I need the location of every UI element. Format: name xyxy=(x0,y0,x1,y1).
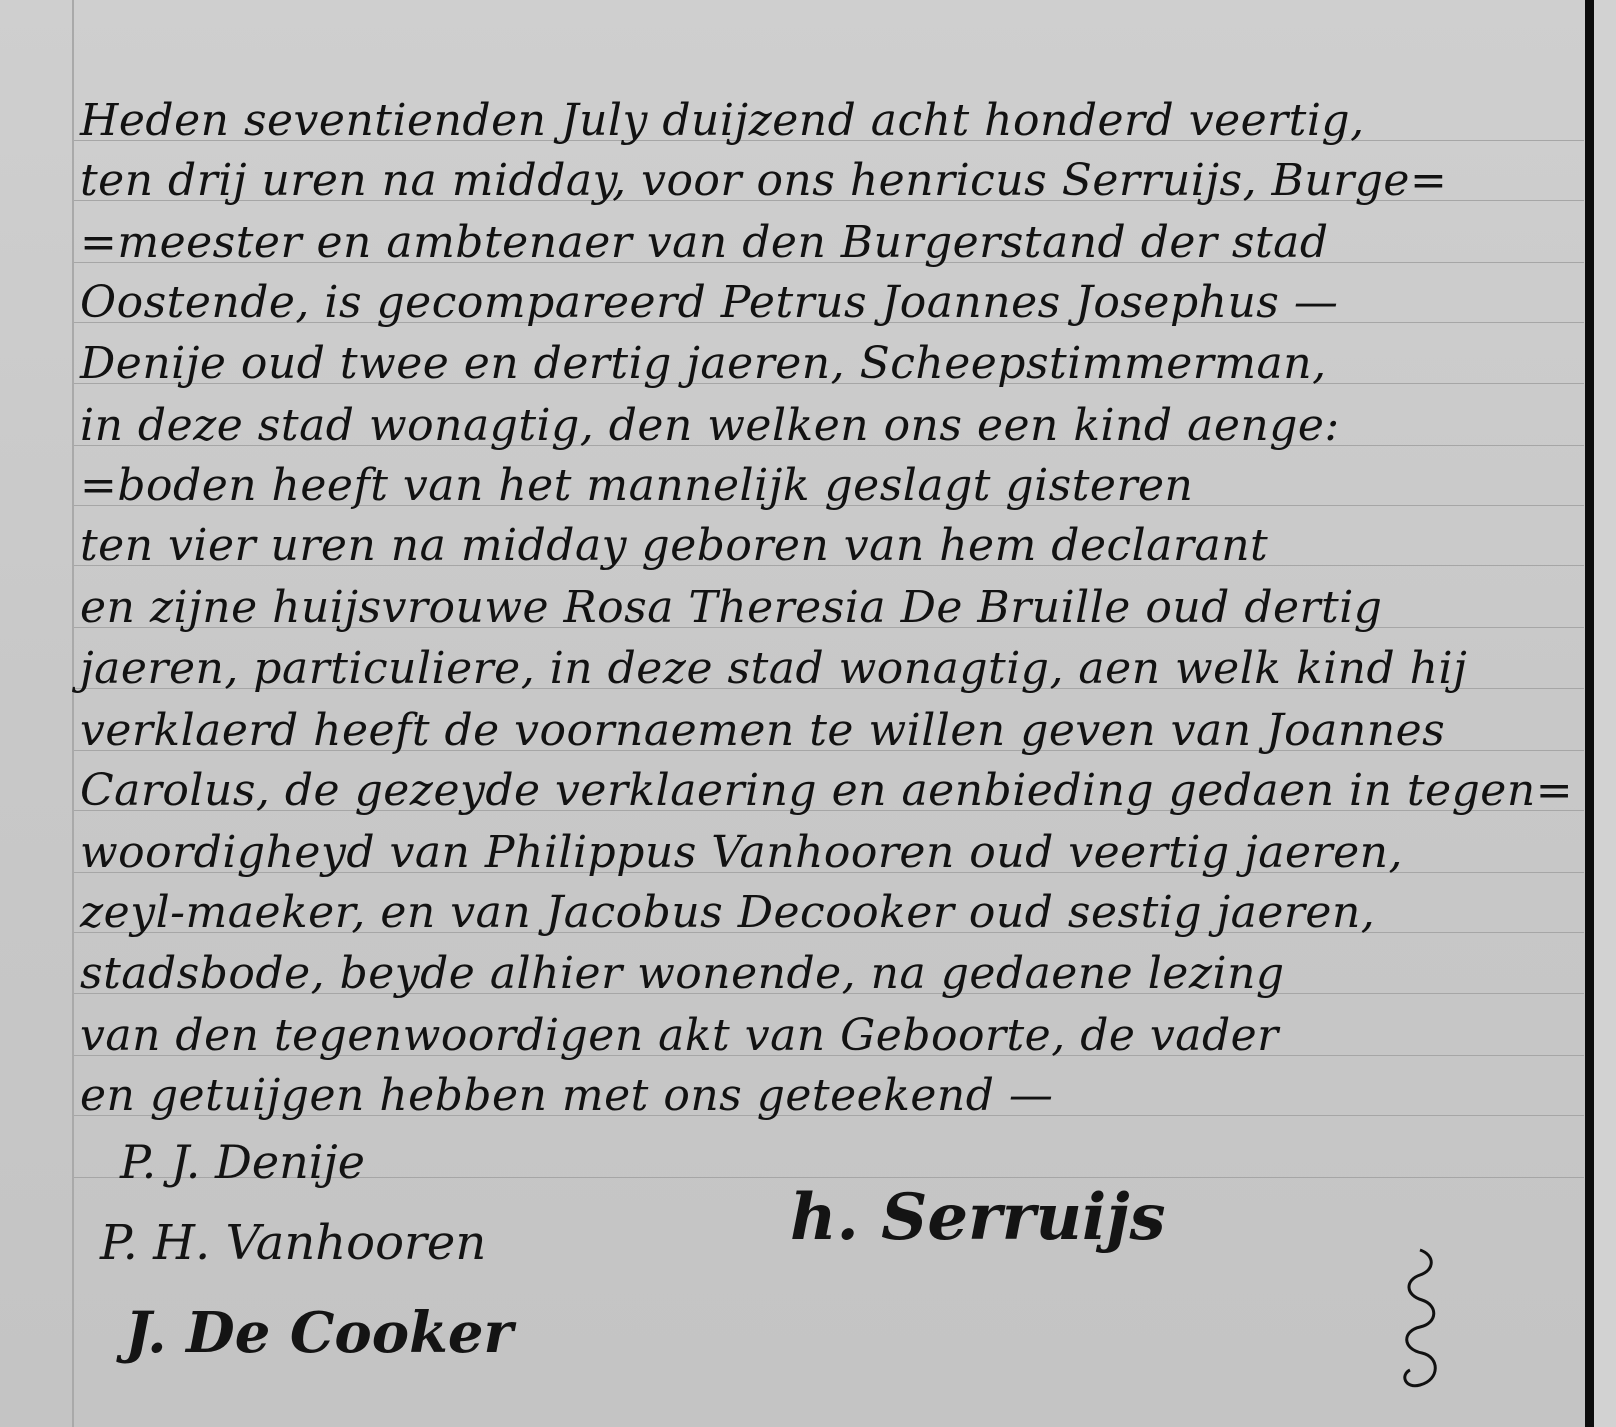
text-line-1: Heden seventienden July duijzend acht ho… xyxy=(80,95,1560,146)
signature-father: P. J. Denije xyxy=(120,1135,365,1189)
text-line-13: woordigheyd van Philippus Vanhooren oud … xyxy=(80,827,1560,878)
text-line-3: =meester en ambtenaer van den Burgerstan… xyxy=(80,217,1560,268)
text-line-2: ten drij uren na midday, voor ons henric… xyxy=(80,155,1560,206)
text-line-14: zeyl-maeker, en van Jacobus Decooker oud… xyxy=(80,887,1560,938)
text-line-4: Oostende, is gecompareerd Petrus Joannes… xyxy=(80,277,1560,328)
adjacent-page-strip xyxy=(1594,0,1616,1427)
signature-witness-2: J. De Cooker xyxy=(125,1300,513,1366)
text-line-9: en zijne huijsvrouwe Rosa Theresia De Br… xyxy=(80,582,1560,633)
text-line-15: stadsbode, beyde alhier wonende, na geda… xyxy=(80,948,1560,999)
signature-flourish-icon xyxy=(1390,1245,1450,1395)
text-line-12: Carolus, de gezeyde verklaering en aenbi… xyxy=(80,765,1560,816)
signature-official: h. Serruijs xyxy=(790,1180,1166,1255)
text-line-10: jaeren, particuliere, in deze stad wonag… xyxy=(80,643,1560,694)
page-border-right xyxy=(1585,0,1594,1427)
text-line-8: ten vier uren na midday geboren van hem … xyxy=(80,520,1560,571)
left-margin-line xyxy=(72,0,74,1427)
signature-witness-1: P. H. Vanhooren xyxy=(100,1215,486,1271)
text-line-5: Denije oud twee en dertig jaeren, Scheep… xyxy=(80,338,1560,389)
document-page: Heden seventienden July duijzend acht ho… xyxy=(0,0,1616,1427)
text-line-11: verklaerd heeft de voornaemen te willen … xyxy=(80,705,1560,756)
text-line-7: =boden heeft van het mannelijk geslagt g… xyxy=(80,460,1560,511)
text-line-16: van den tegenwoordigen akt van Geboorte,… xyxy=(80,1010,1560,1061)
text-line-17: en getuijgen hebben met ons geteekend — xyxy=(80,1070,1560,1121)
text-line-6: in deze stad wonagtig, den welken ons ee… xyxy=(80,400,1560,451)
